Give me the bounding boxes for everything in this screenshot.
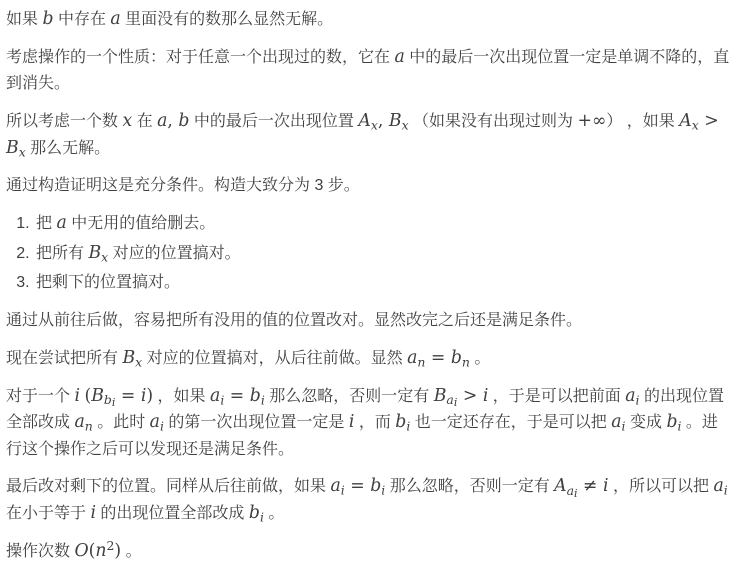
- math-subscript: x: [692, 118, 699, 133]
- math-inline: +∞: [577, 111, 606, 131]
- text-run: 那么忽略，否则一定有: [385, 478, 554, 495]
- math-inline: a, b: [157, 111, 189, 131]
- text-run: 的出现位置全部改成: [96, 505, 249, 522]
- construction-steps-list: 把 a 中无用的值给删去。把所有 Bx 对应的位置搞对。把剩下的位置搞对。: [6, 211, 731, 296]
- text-run: ） ，如果: [606, 113, 679, 130]
- text-run: 把剩下的位置搞对。: [36, 274, 180, 291]
- math-subscript: n: [462, 354, 470, 369]
- text-run: 中的最后一次出现位置: [189, 113, 358, 130]
- document-body: 如果 b 中存在 a 里面没有的数那么显然无解。考虑操作的一个性质：对于任意一个…: [0, 0, 737, 583]
- text-run: 变成: [626, 414, 667, 431]
- text-run: 对应的位置搞对，从后往前做。显然: [142, 350, 407, 367]
- math-inline: Bx: [88, 243, 108, 263]
- paragraph: 所以考虑一个数 x 在 a, b 中的最后一次出现位置 Ax, Bx （如果没有…: [6, 109, 731, 162]
- text-run: （如果没有出现过则为: [409, 113, 578, 130]
- text-run: 。: [264, 505, 284, 522]
- math-inline: a: [56, 213, 66, 233]
- text-run: 对于一个: [6, 388, 74, 405]
- math-subscript: ai: [446, 392, 457, 407]
- math-inline: ai: [713, 476, 727, 496]
- text-run: 通过从前往后做，容易把所有没用的值的位置改对。显然改完之后还是满足条件。: [6, 312, 582, 329]
- paragraph: 现在尝试把所有 Bx 对应的位置搞对，从后往前做。显然 an = bn 。: [6, 346, 731, 372]
- text-run: 通过构造证明这是充分条件。构造大致分为 3 步。: [6, 177, 360, 194]
- text-run: 。: [470, 350, 490, 367]
- math-subscript: x: [402, 118, 409, 133]
- text-run: 考虑操作的一个性质：对于任意一个出现过的数，它在: [6, 49, 394, 66]
- text-run: ，于是可以把前面: [488, 388, 625, 405]
- text-run: 那么忽略，否则一定有: [265, 388, 434, 405]
- math-subscript: i: [724, 483, 728, 498]
- math-subscript: n: [85, 419, 93, 434]
- text-run: ，所以可以把: [609, 478, 714, 495]
- paragraph: 通过构造证明这是充分条件。构造大致分为 3 步。: [6, 173, 731, 199]
- paragraph: 对于一个 i (Bbi = i) ，如果 ai = bi 那么忽略，否则一定有 …: [6, 384, 731, 463]
- text-run: 中存在: [54, 11, 111, 28]
- paragraph: 通过从前往后做，容易把所有没用的值的位置改对。显然改完之后还是满足条件。: [6, 308, 731, 334]
- math-inline: a: [394, 47, 404, 67]
- text-run: 那么无解。: [26, 140, 110, 157]
- math-inline: b: [42, 9, 53, 29]
- paragraph: 操作次数 O(n2) 。: [6, 539, 731, 565]
- paragraph: 最后改对剩下的位置。同样从后往前做，如果 ai = bi 那么忽略，否则一定有 …: [6, 474, 731, 527]
- math-inline: Bx: [122, 348, 142, 368]
- list-item: 把 a 中无用的值给删去。: [34, 211, 731, 237]
- list-item: 把所有 Bx 对应的位置搞对。: [34, 241, 731, 267]
- paragraph: 如果 b 中存在 a 里面没有的数那么显然无解。: [6, 7, 731, 33]
- math-inline: ai = bi: [330, 476, 385, 496]
- math-inline: bi: [395, 412, 410, 432]
- text-run: ，如果: [153, 388, 210, 405]
- math-subscript: x: [371, 118, 378, 133]
- math-inline: Aai ≠ i: [554, 476, 608, 496]
- text-run: 里面没有的数那么显然无解。: [121, 11, 333, 28]
- text-run: 的第一次出现位置一定是: [164, 414, 349, 431]
- math-inline: bi: [249, 503, 264, 523]
- math-inline: Ax, Bx: [358, 111, 408, 131]
- text-run: 所以考虑一个数: [6, 113, 122, 130]
- text-run: 最后改对剩下的位置。同样从后往前做，如果: [6, 478, 330, 495]
- text-run: 在小于等于: [6, 505, 90, 522]
- text-run: ，而: [354, 414, 395, 431]
- math-inline: ai: [150, 412, 164, 432]
- text-run: 如果: [6, 11, 42, 28]
- math-inline: bi: [666, 412, 681, 432]
- text-run: 把所有: [36, 245, 88, 262]
- math-inline: ai: [625, 386, 639, 406]
- text-run: 把: [36, 215, 56, 232]
- math-inline: an: [74, 412, 92, 432]
- text-run: 操作次数: [6, 543, 74, 560]
- page: { "page": { "background_color": "#ffffff…: [0, 0, 737, 583]
- math-inline: an = bn: [407, 348, 470, 368]
- text-run: 在: [132, 113, 157, 130]
- text-run: 现在尝试把所有: [6, 350, 122, 367]
- text-run: 对应的位置搞对。: [108, 245, 240, 262]
- text-run: 。: [121, 543, 141, 560]
- math-inline: ai: [611, 412, 625, 432]
- text-run: 也一定还存在，于是可以把: [410, 414, 611, 431]
- paragraph: 考虑操作的一个性质：对于任意一个出现过的数，它在 a 中的最后一次出现位置一定是…: [6, 45, 731, 98]
- math-inline: (Bbi = i): [84, 386, 153, 406]
- math-inline: Bai > i: [434, 386, 489, 406]
- text-run: 中无用的值给删去。: [67, 215, 215, 232]
- math-subscript: bi: [104, 392, 115, 407]
- list-item: 把剩下的位置搞对。: [34, 270, 731, 296]
- math-inline: a: [110, 9, 120, 29]
- math-inline: x: [122, 111, 132, 131]
- math-subscript: ai: [567, 483, 578, 498]
- math-inline: O(n2): [74, 541, 121, 561]
- text-run: 。此时: [93, 414, 150, 431]
- math-inline: ai = bi: [210, 386, 265, 406]
- math-subscript: x: [19, 144, 26, 159]
